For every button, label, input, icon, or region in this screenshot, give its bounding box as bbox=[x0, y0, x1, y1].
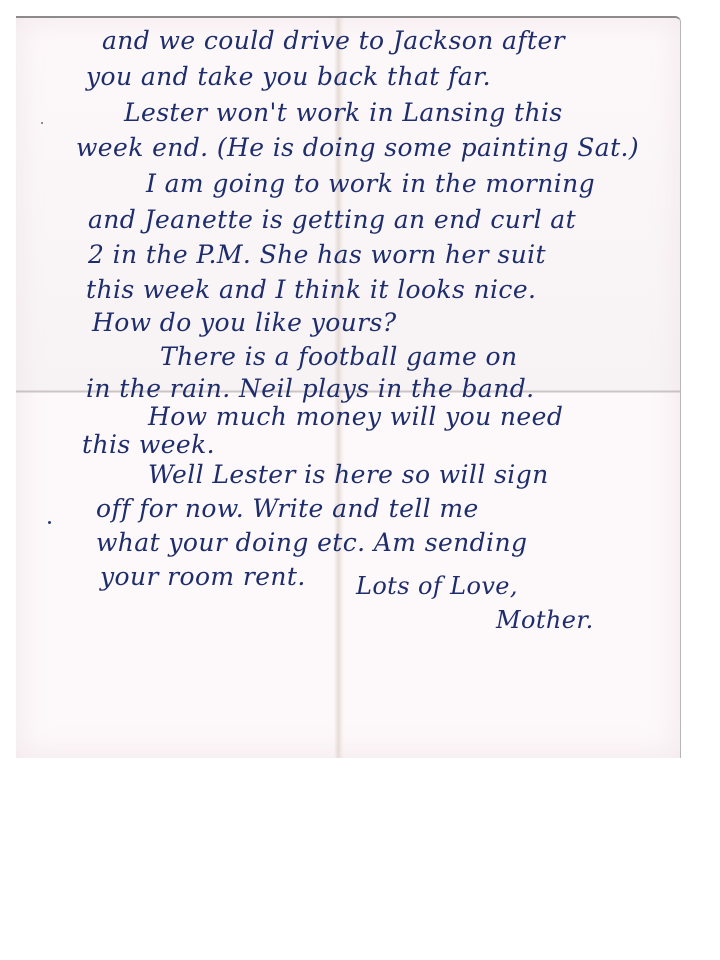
letter-line: 2 in the P.M. She has worn her suit bbox=[88, 242, 546, 267]
letter-line: what your doing etc. Am sending bbox=[96, 530, 527, 555]
letter-paper: and we could drive to Jackson after you … bbox=[16, 16, 681, 758]
letter-body: and we could drive to Jackson after you … bbox=[16, 18, 680, 758]
letter-line: this week. bbox=[82, 432, 215, 457]
letter-line: and we could drive to Jackson after bbox=[102, 28, 565, 53]
letter-line: off for now. Write and tell me bbox=[96, 496, 479, 521]
letter-line: you and take you back that far. bbox=[86, 64, 491, 89]
letter-line: How much money will you need bbox=[148, 404, 563, 429]
letter-line: in the rain. Neil plays in the band. bbox=[86, 376, 534, 401]
letter-line: and Jeanette is getting an end curl at bbox=[88, 207, 576, 232]
letter-line: Well Lester is here so will sign bbox=[148, 462, 549, 487]
letter-line: How do you like yours? bbox=[92, 310, 397, 335]
letter-line: week end. (He is doing some painting Sat… bbox=[76, 135, 639, 160]
letter-line: your room rent. bbox=[100, 564, 306, 589]
letter-signature: Mother. bbox=[496, 608, 594, 632]
letter-line: Lester won't work in Lansing this bbox=[124, 100, 563, 125]
letter-line: this week and I think it looks nice. bbox=[86, 277, 536, 302]
letter-closing: Lots of Love, bbox=[356, 574, 518, 598]
letter-line: I am going to work in the morning bbox=[146, 171, 595, 196]
letter-line: There is a football game on bbox=[160, 344, 517, 369]
